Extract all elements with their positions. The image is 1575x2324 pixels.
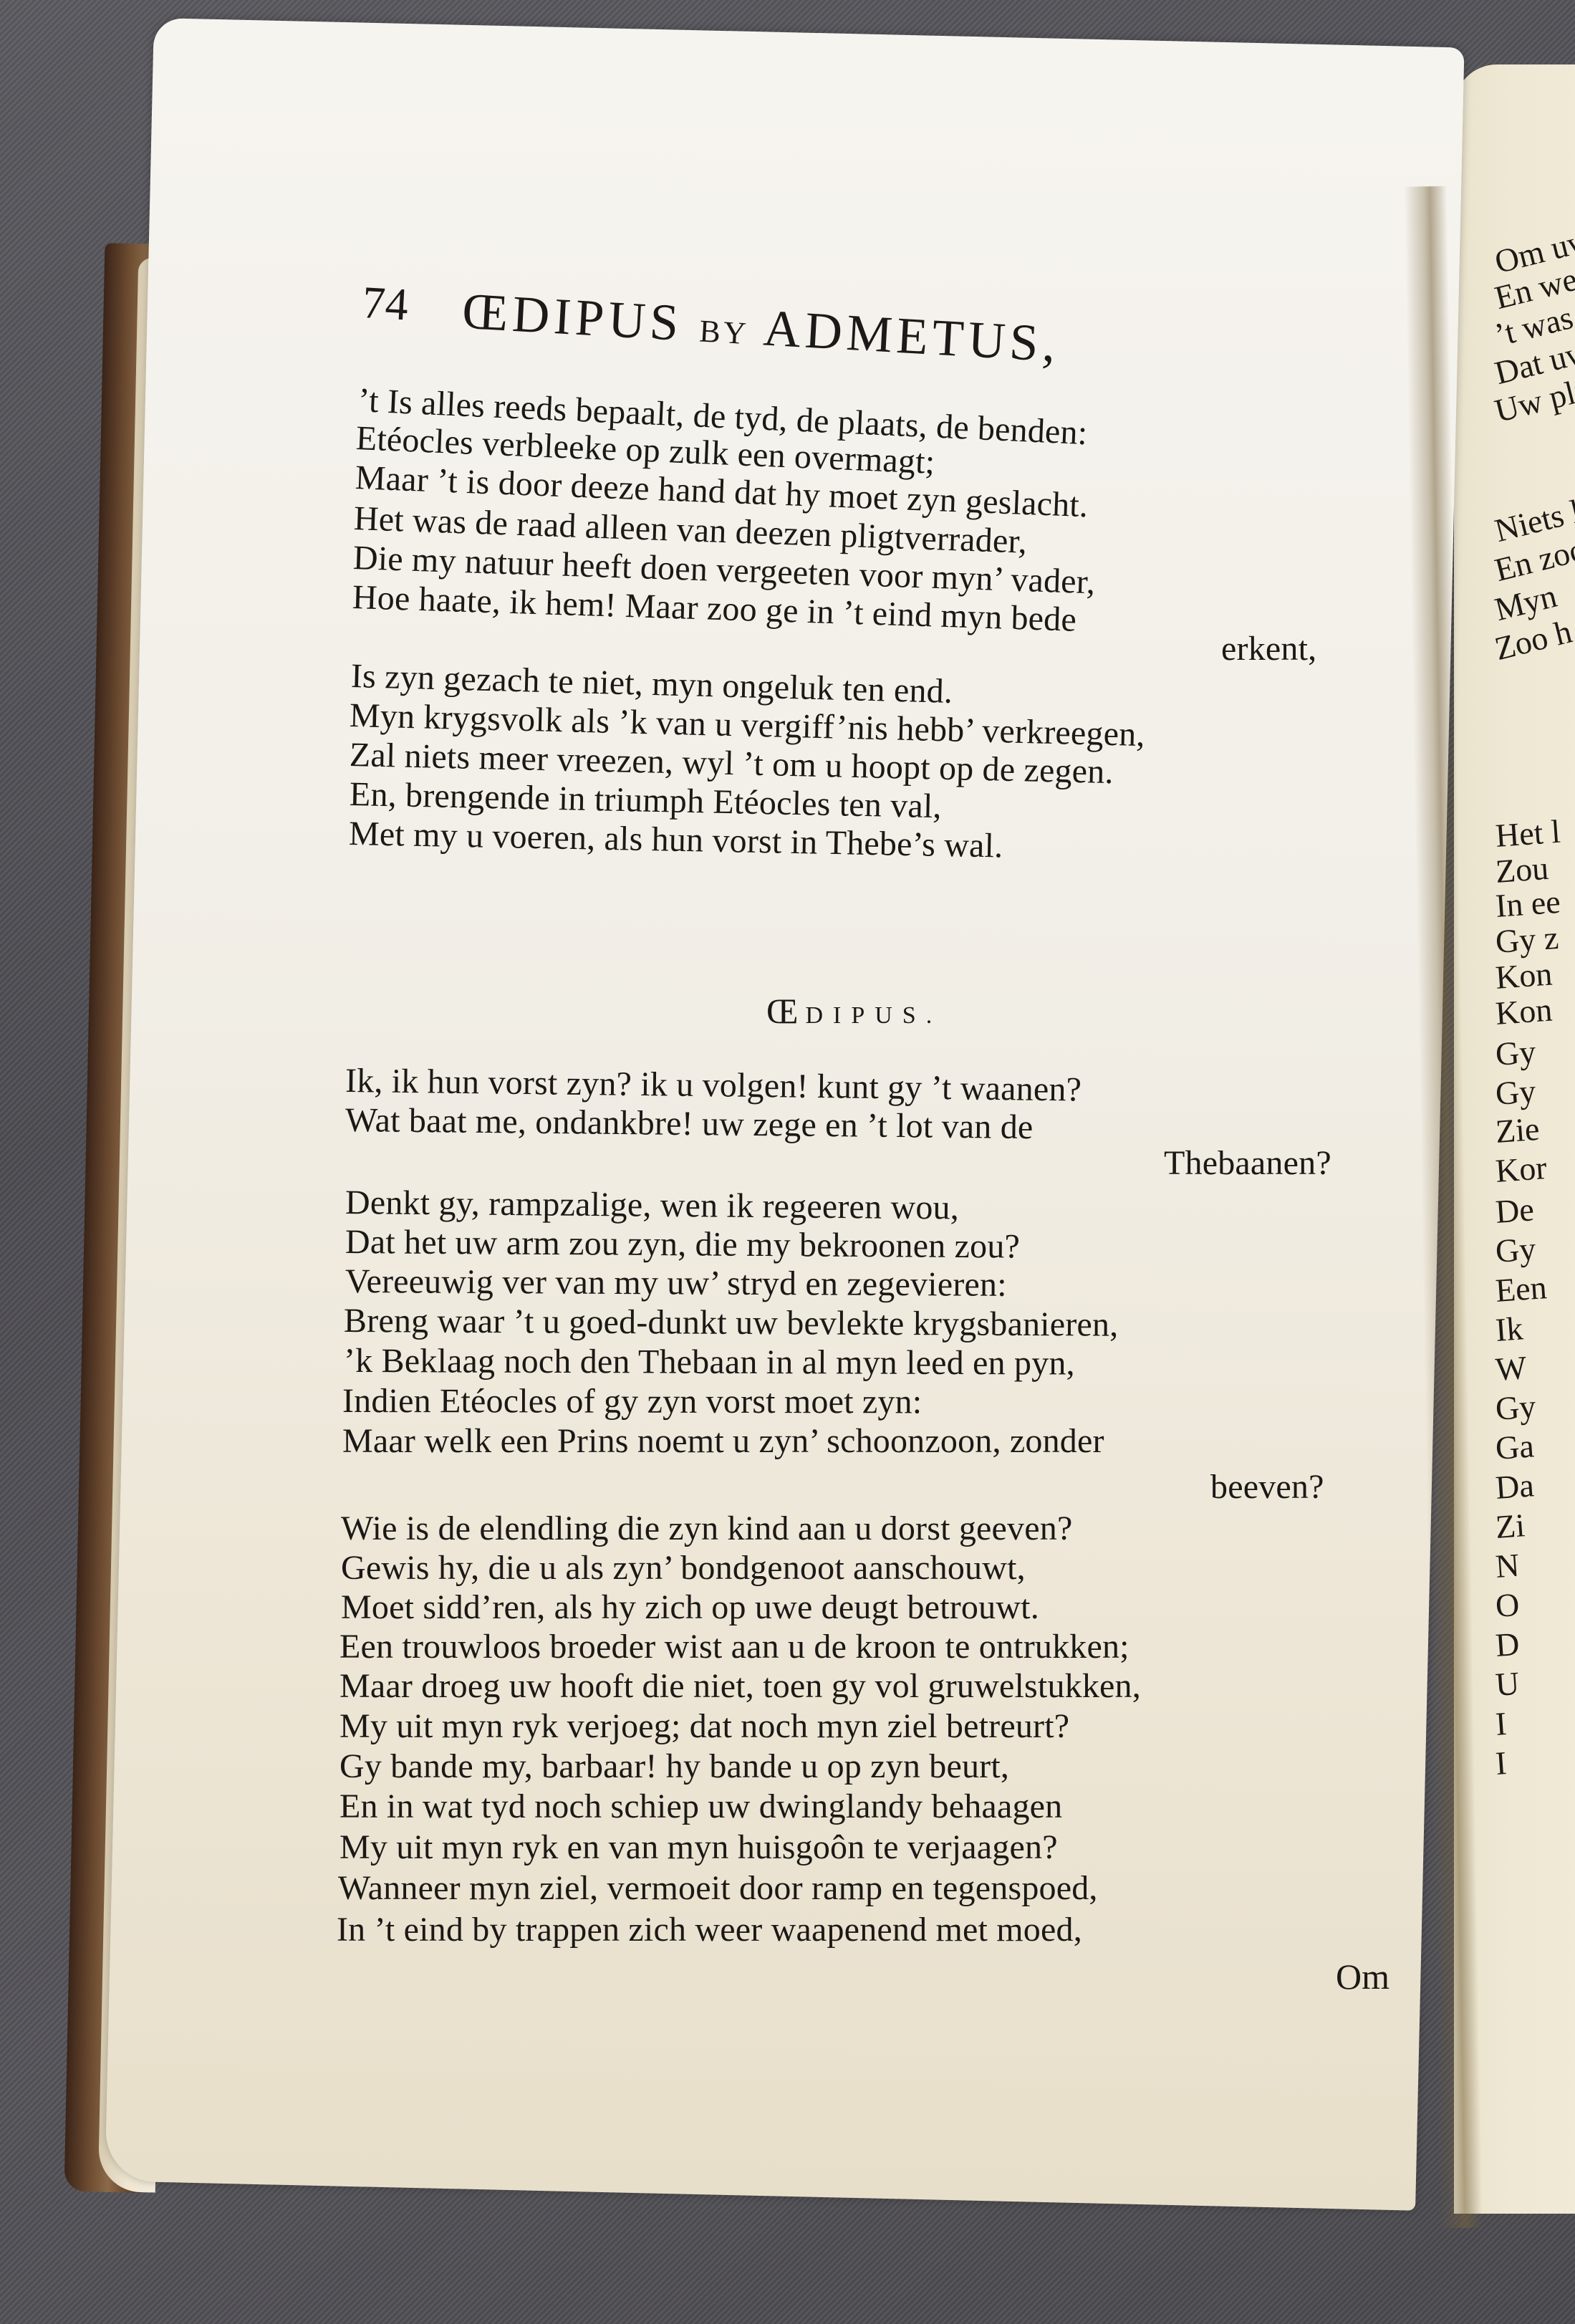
verse-line: Wie is de elendling die zyn kind aan u d…	[341, 1512, 1072, 1546]
speaker-rest: DIPUS.	[805, 1002, 942, 1029]
page-content: 74 ŒDIPUS BY ADMETUS, ’t Is alles reeds …	[0, 0, 1575, 2324]
speaker-initial: Œ	[766, 991, 805, 1031]
verse-line: Wat baat me, ondankbre! uw zege en ’t lo…	[345, 1103, 1034, 1145]
verse-line: Maar welk een Prins noemt u zyn’ schoonz…	[342, 1424, 1104, 1459]
verse-line: Dat het uw arm zou zyn, die my bekroonen…	[345, 1225, 1020, 1264]
verse-line: Moet sidd’ren, als hy zich op uwe deugt …	[341, 1590, 1039, 1625]
verse-line-continuation: beeven?	[1210, 1470, 1324, 1504]
title-by: BY	[698, 313, 750, 351]
verse-line: ’k Beklaag noch den Thebaan in al myn le…	[344, 1344, 1075, 1381]
verse-line: Ik, ik hun vorst zyn? ik u volgen! kunt …	[345, 1064, 1082, 1108]
verse-line: Een trouwloos broeder wist aan u de kroo…	[339, 1630, 1130, 1664]
verse-line: Gy bande my, barbaar! hy bande u op zyn …	[339, 1749, 1009, 1784]
running-title: ŒDIPUS BY ADMETUS,	[461, 282, 1061, 374]
page-number: 74	[361, 276, 410, 331]
verse-line-continuation: erkent,	[1221, 632, 1316, 666]
title-admetus: ADMETUS,	[762, 299, 1061, 373]
verse-line: Wanneer myn ziel, vermoeit door ramp en …	[338, 1871, 1098, 1906]
verse-line: En in wat tyd noch schiep uw dwinglandy …	[339, 1790, 1062, 1824]
verse-line: In ’t eind by trappen zich weer waapenen…	[337, 1913, 1082, 1947]
verse-line: Indien Etéocles of gy zyn vorst moet zyn…	[342, 1384, 922, 1419]
verse-line: Maar droeg uw hooft die niet, toen gy vo…	[339, 1669, 1141, 1704]
verse-line: Gewis hy, die u als zyn’ bondgenoot aans…	[341, 1551, 1026, 1585]
verse-line: My uit myn ryk en van myn huisgoôn te ve…	[339, 1830, 1058, 1865]
speaker-name: ŒDIPUS.	[766, 990, 942, 1032]
verse-line-continuation: Thebaanen?	[1164, 1146, 1331, 1181]
verse-line: Breng waar ’t u goed-dunkt uw bevlekte k…	[344, 1304, 1119, 1343]
catchword: Om	[1336, 1956, 1389, 1997]
verse-line: Vereeuwig ver van my uw’ stryd en zegevi…	[345, 1264, 1007, 1302]
verse-line: My uit myn ryk verjoeg; dat noch myn zie…	[339, 1709, 1069, 1744]
title-oedipus: ŒDIPUS	[461, 282, 684, 352]
verse-line: Denkt gy, rampzalige, wen ik regeeren wo…	[345, 1186, 959, 1225]
